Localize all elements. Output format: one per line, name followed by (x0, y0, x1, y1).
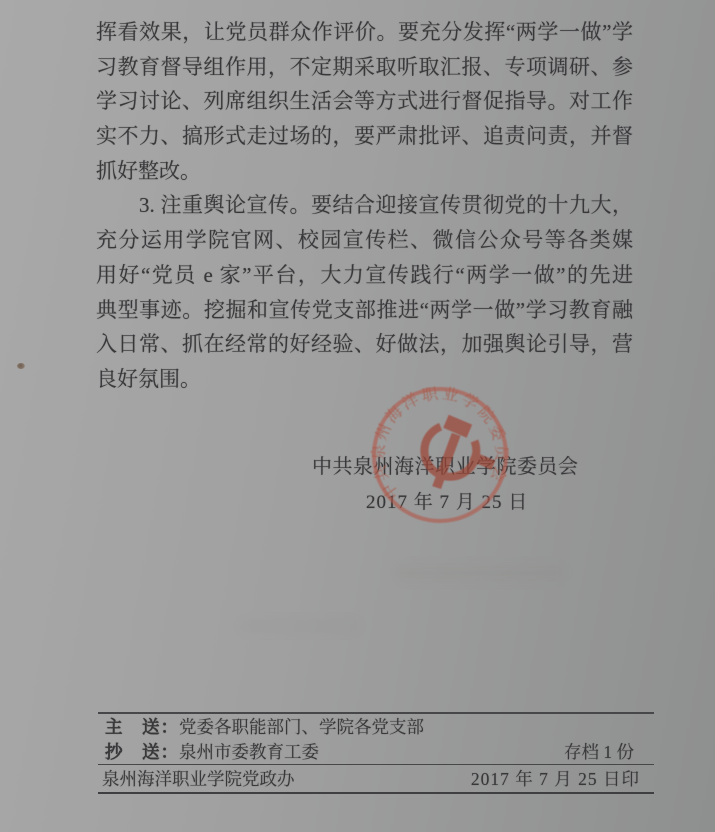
body-text-line: 入日常、抓在经常的好经验、好做法，加强舆论引导，营造 (96, 327, 633, 362)
main-send-content: 党委各职能部门、学院各党支部 (179, 714, 424, 739)
footer-row-main-send: 主 送： 党委各职能部门、学院各党支部 (98, 714, 654, 739)
body-text-line: 用好“党员 e 家”平台，大力宣传践行“两学一做”的先进 (96, 258, 633, 293)
scan-smudge (395, 565, 565, 581)
copy-send-label: 抄 送： (105, 739, 179, 764)
print-date: 2017 年 7 月 25 日印 (471, 766, 654, 791)
signature-date: 2017 年 7 月 25 日 (366, 487, 528, 514)
document-page: 挥看效果，让党员群众作评价。要充分发挥“两学一做”学习教育督导组作用，不定期采取… (0, 0, 715, 832)
archive-note: 存档 1 份 (564, 739, 654, 764)
body-text-line: 3. 注重舆论宣传。要结合迎接宣传贯彻党的十九大， (96, 188, 633, 223)
issuer-office: 泉州海洋职业学院党政办 (102, 766, 295, 791)
signature-committee: 中共泉州海洋职业学院委员会 (312, 450, 579, 479)
hammer-sickle-icon (410, 405, 498, 493)
footer-row-issuer: 泉州海洋职业学院党政办 2017 年 7 月 25 日印 (98, 765, 654, 794)
footer-table: 主 送： 党委各职能部门、学院各党支部 抄 送： 泉州市委教育工委 存档 1 份… (98, 712, 654, 794)
body-text: 挥看效果，让党员群众作评价。要充分发挥“两学一做”学习教育督导组作用，不定期采取… (96, 15, 633, 397)
body-text-line: 挥看效果，让党员群众作评价。要充分发挥“两学一做”学 (96, 15, 633, 50)
body-text-line: 习教育督导组作用，不定期采取听取汇报、专项调研、参加 (96, 50, 633, 85)
body-text-line: 充分运用学院官网、校园宣传栏、微信公众号等各类媒体， (96, 223, 633, 258)
body-text-line: 学习讨论、列席组织生活会等方式进行督促指导。对工作落 (96, 84, 633, 119)
main-send-label: 主 送： (105, 714, 179, 739)
scan-smudge (240, 620, 360, 632)
copy-send-content: 泉州市委教育工委 (179, 739, 319, 764)
footer-row-copy-send: 抄 送： 泉州市委教育工委 存档 1 份 (98, 739, 654, 764)
body-text-line: 实不力、搞形式走过场的，要严肃批评、追责问责，并督促 (96, 119, 633, 154)
body-text-line: 典型事迹。挖掘和宣传党支部推进“两学一做”学习教育融 (96, 293, 633, 328)
scan-speck (17, 363, 25, 369)
body-text-line: 良好氛围。 (96, 362, 633, 397)
body-text-line: 抓好整改。 (96, 154, 633, 189)
